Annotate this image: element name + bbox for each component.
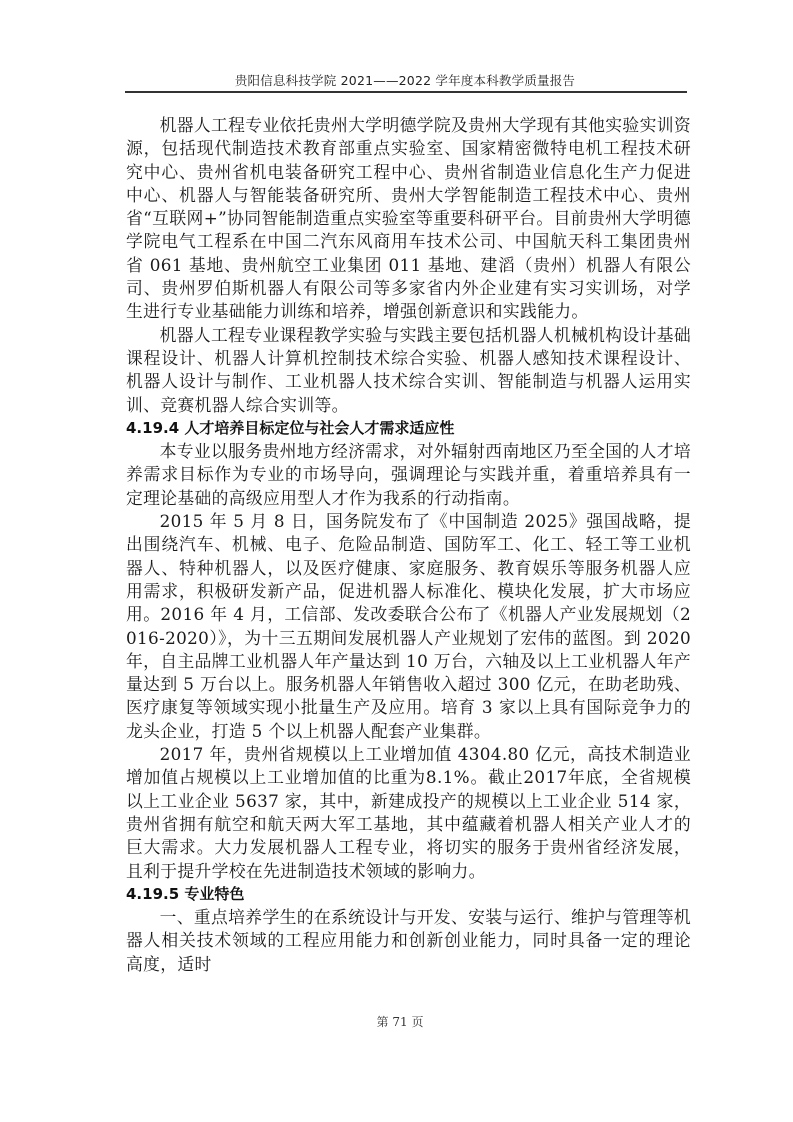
section-heading-4-19-5: 4.19.5 专业特色 <box>126 883 691 906</box>
section-heading-4-19-4: 4.19.4 人才培养目标定位与社会人才需求适应性 <box>126 417 691 440</box>
header-divider <box>125 91 687 93</box>
page-number: 第 71 页 <box>340 1013 460 1030</box>
paragraph-made-in-china-2025: 2015 年 5 月 8 日，国务院发布了《中国制造 2025》强国战略，提出围… <box>126 510 691 743</box>
paragraph-program-features: 一、重点培养学生的在系统设计与开发、安装与运行、维护与管理等机器人相关技术领域的… <box>126 906 691 976</box>
paragraph-course-practice: 机器人工程专业课程教学实验与实践主要包括机器人机械机构设计基础课程设计、机器人计… <box>126 324 691 417</box>
running-header: 贵阳信息科技学院 2021——2022 学年度本科教学质量报告 <box>125 71 685 89</box>
page-body: 机器人工程专业依托贵州大学明德学院及贵州大学现有其他实验实训资源，包括现代制造技… <box>126 114 691 976</box>
paragraph-market-orientation: 本专业以服务贵州地方经济需求，对外辐射西南地区乃至全国的人才培养需求目标作为专业… <box>126 440 691 510</box>
paragraph-lab-resources: 机器人工程专业依托贵州大学明德学院及贵州大学现有其他实验实训资源，包括现代制造技… <box>126 114 691 324</box>
paragraph-guizhou-industry: 2017 年，贵州省规模以上工业增加值 4304.80 亿元，高技术制造业增加值… <box>126 743 691 883</box>
